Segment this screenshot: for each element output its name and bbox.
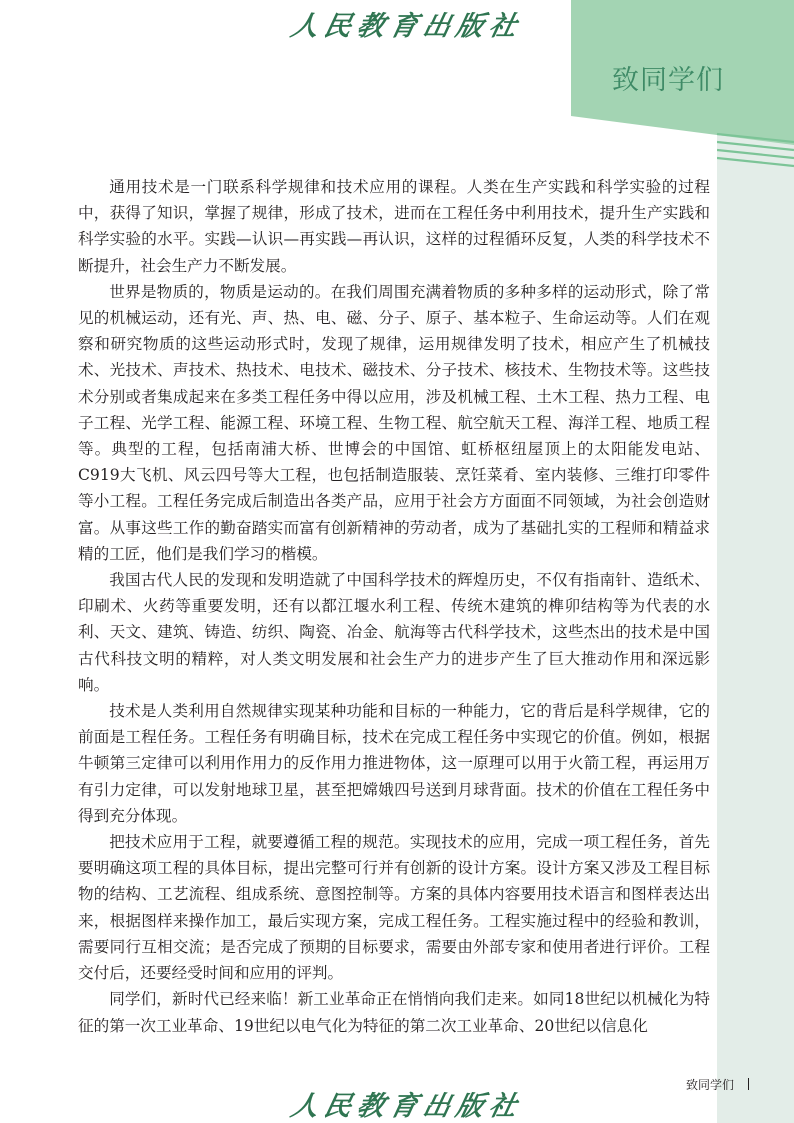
footer-divider bbox=[748, 1078, 749, 1090]
publisher-logo-bottom: 人民教育出版社 bbox=[288, 1084, 527, 1123]
paragraph: 同学们，新时代已经来临！新工业革命正在悄悄向我们走来。如同18世纪以机械化为特征… bbox=[78, 986, 710, 1038]
paragraph: 我国古代人民的发现和发明造就了中国科学技术的辉煌历史，不仅有指南针、造纸术、印刷… bbox=[78, 567, 710, 698]
paragraph: 通用技术是一门联系科学规律和技术应用的课程。人类在生产实践和科学实验的过程中，获… bbox=[78, 174, 710, 279]
publisher-logo-top: 人民教育出版社 bbox=[288, 4, 527, 43]
chapter-title: 致同学们 bbox=[612, 58, 724, 97]
body-text: 通用技术是一门联系科学规律和技术应用的课程。人类在生产实践和科学实验的过程中，获… bbox=[78, 174, 710, 1039]
paragraph: 世界是物质的，物质是运动的。在我们周围充满着物质的多种多样的运动形式，除了常见的… bbox=[78, 279, 710, 567]
decorative-stripes bbox=[717, 130, 794, 172]
paragraph: 把技术应用于工程，就要遵循工程的规范。实现技术的应用，完成一项工程任务，首先要明… bbox=[78, 829, 710, 986]
running-title: 致同学们 bbox=[686, 1076, 734, 1093]
paragraph: 技术是人类利用自然规律实现某种功能和目标的一种能力，它的背后是科学规律，它的前面… bbox=[78, 698, 710, 829]
